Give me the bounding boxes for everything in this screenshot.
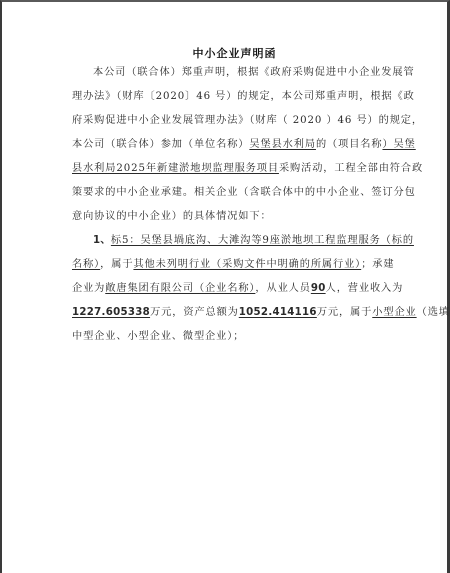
document-title: 中小企业声明函	[72, 45, 397, 61]
item-1-line-4: 1227.605338万元，资产总额为1052.414116万元，属于小型企业（…	[72, 306, 450, 320]
text: ，从业人员	[255, 283, 310, 294]
industry: 其他未列明行业（采购文件中明确的所属行业）	[133, 259, 361, 270]
document-page: 中小企业声明函 本公司（联合体）郑重声明，根据《政府采购促进中小企业发展管 理办…	[0, 0, 450, 573]
company-name: 敞唐集团有限公司（企业名称）	[105, 283, 255, 294]
text: 万元，属于	[317, 307, 372, 318]
item-1-line-5: 中型企业、小型企业、微型企业）；	[72, 330, 244, 344]
intro-line-4: 本公司（联合体）参加（单位名称）吴堡县水利局的（项目名称）吴堡	[72, 138, 416, 152]
lot-name-cont: 名称）	[72, 259, 100, 270]
text: ；承建	[361, 259, 394, 270]
unit-name: 吴堡县水利局	[249, 139, 316, 150]
item-number: 1、	[93, 235, 111, 246]
item-1-line-2: 名称），属于其他未列明行业（采购文件中明确的所属行业）；承建	[72, 258, 394, 272]
enterprise-size: 小型企业	[372, 307, 416, 318]
intro-text: 的（项目名称	[316, 139, 383, 150]
intro-line-5: 县水利局2025年新建淤地坝监理服务项目采购活动，工程全部由符合政	[72, 162, 423, 176]
text: ，属于	[100, 259, 133, 270]
intro-text: 采购活动，工程全部由符合政	[279, 163, 423, 174]
item-1-line-3: 企业为敞唐集团有限公司（企业名称），从业人员90人，营业收入为	[72, 282, 403, 296]
intro-text: 本公司（联合体）参加（单位名称）	[72, 139, 249, 150]
intro-line-1: 本公司（联合体）郑重声明，根据《政府采购促进中小企业发展管	[93, 66, 415, 80]
staff-count: 90	[311, 283, 326, 294]
project-name: 县水利局2025年新建淤地坝监理服务项目	[72, 163, 279, 174]
text: 万元，资产总额为	[150, 307, 239, 318]
project-name-start: ）吴堡	[382, 139, 415, 150]
text: 人，营业收入为	[326, 283, 404, 294]
revenue: 1227.605338	[72, 307, 150, 318]
lot-name: 标5：吴堡县堝底沟、大滩沟等9座淤地坝工程监理服务（标的	[111, 235, 414, 246]
intro-line-6: 策要求的中小企业承建。相关企业（含联合体中的中小企业、签订分包	[72, 186, 416, 200]
intro-line-3: 府采购促进中小企业发展管理办法》（财库（ 2020 ）46 号）的规定，	[72, 114, 423, 128]
intro-line-2: 理办法》（财库〔2020〕46 号）的规定，本公司郑重声明，根据《政	[72, 90, 415, 104]
text: 企业为	[72, 283, 105, 294]
intro-line-7: 意向协议的中小企业）的具体情况如下：	[72, 210, 272, 224]
total-assets: 1052.414116	[239, 307, 317, 318]
text: （选填	[417, 307, 450, 318]
item-1-line-1: 1、标5：吴堡县堝底沟、大滩沟等9座淤地坝工程监理服务（标的	[93, 234, 414, 248]
